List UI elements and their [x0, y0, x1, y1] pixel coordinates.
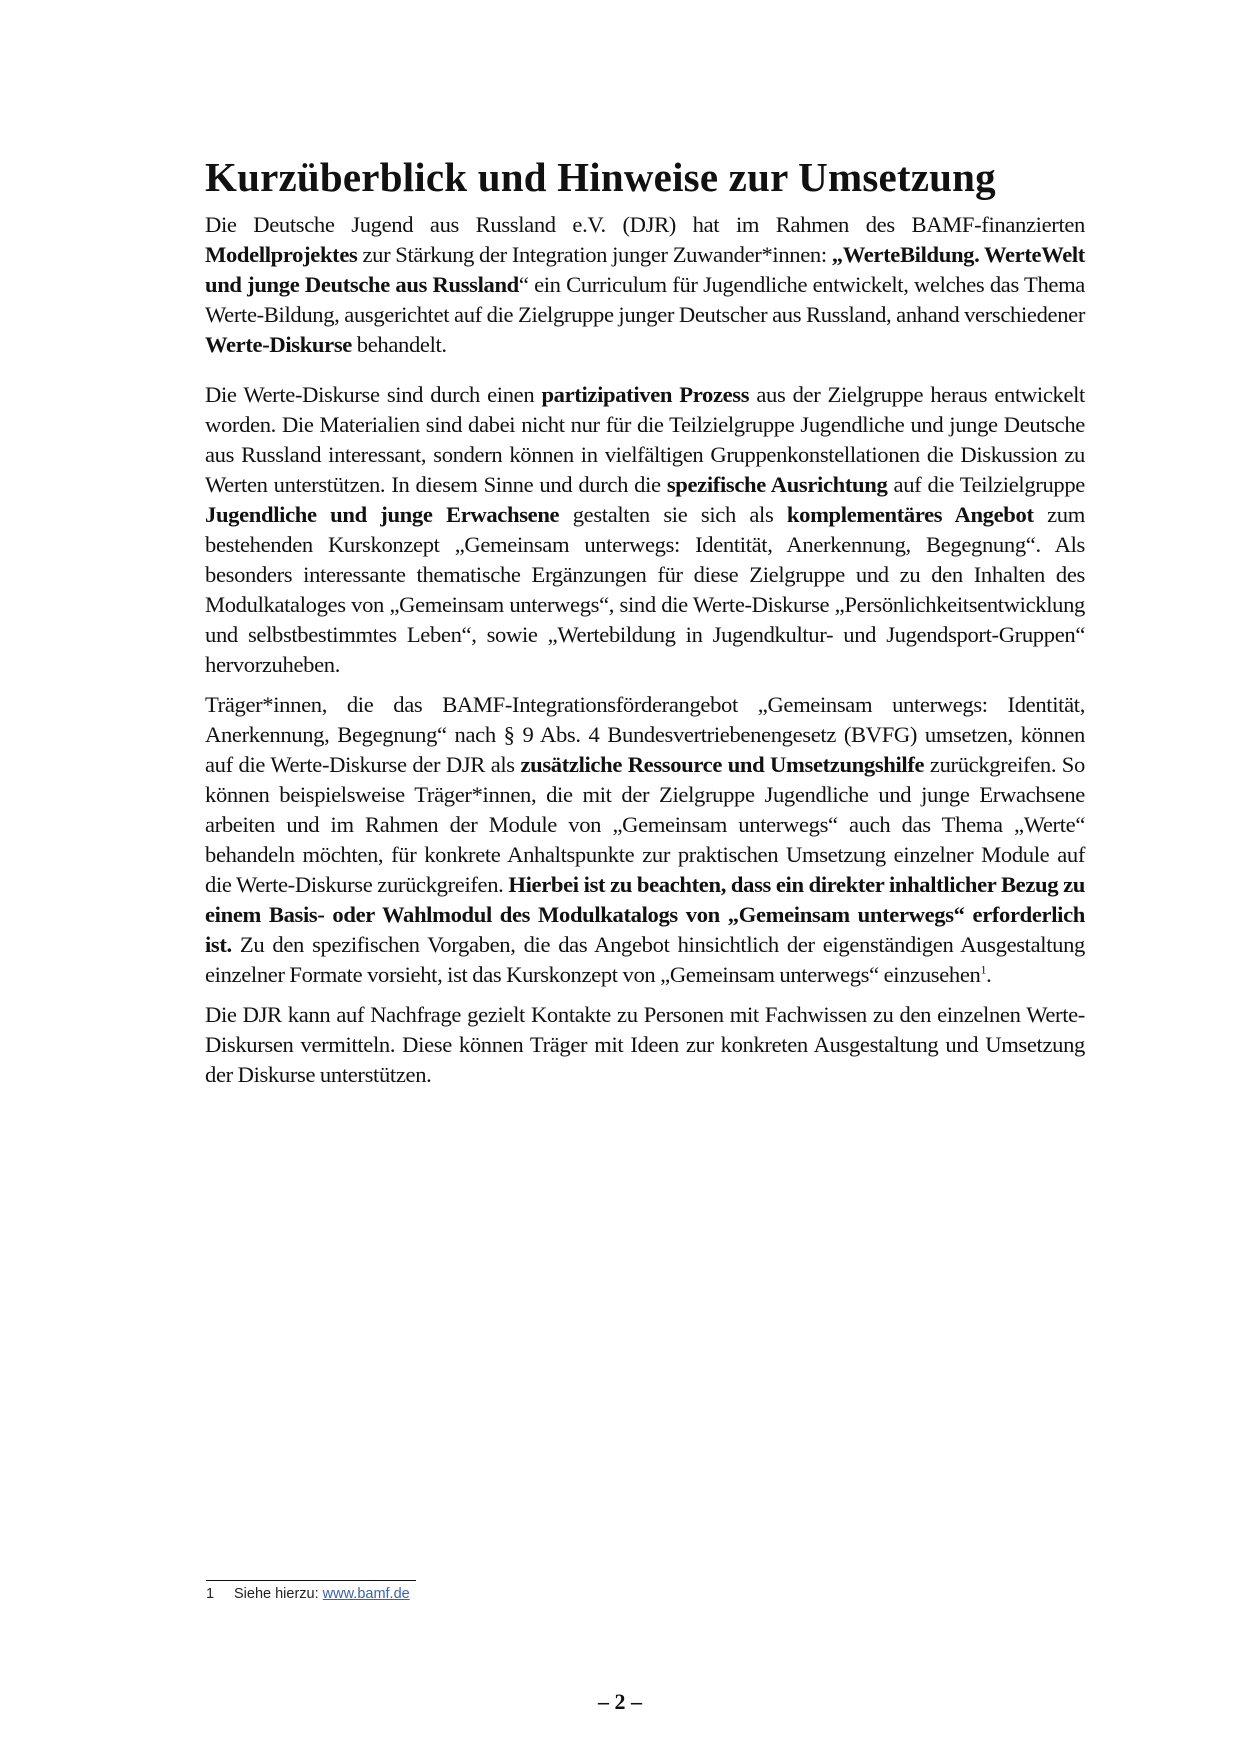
- emphasized-text: spezifische Ausrichtung: [667, 472, 888, 497]
- body-text: Die Deutsche Jugend aus Russland e.V. (D…: [205, 212, 1085, 237]
- body-text: zur Stärkung der Integration junger Zuwa…: [357, 242, 831, 267]
- footnote-number: 1: [206, 1586, 234, 1602]
- body-text: Die Werte-Diskurse sind durch einen: [205, 382, 541, 407]
- body-text: auf die Teilzielgruppe: [887, 472, 1085, 497]
- body-text: Die DJR kann auf Nachfrage gezielt Konta…: [205, 1002, 1085, 1087]
- emphasized-text: partizipativen Prozess: [541, 382, 749, 407]
- paragraph-werte-diskurse: Die Werte-Diskurse sind durch einen part…: [205, 380, 1085, 680]
- body-text: gestalten sie sich als: [559, 502, 787, 527]
- emphasized-text: Werte-Diskurse: [205, 332, 352, 357]
- footnote-divider: [206, 1580, 416, 1581]
- footnote-link-bamf[interactable]: www.bamf.de: [323, 1586, 410, 1602]
- footnote: 1Siehe hierzu: www.bamf.de: [206, 1586, 410, 1602]
- body-text: Zu den spezifischen Vorgaben, die das An…: [205, 932, 1085, 987]
- body-text: zum bestehen­den Kurskonzept „Gemeinsam …: [205, 502, 1085, 677]
- paragraph-djr-kontakte: Die DJR kann auf Nachfrage gezielt Konta…: [205, 1000, 1085, 1090]
- page-title: Kurzüberblick und Hinweise zur Umsetzung: [205, 150, 1085, 204]
- emphasized-text: Modellprojektes: [205, 242, 357, 267]
- footnote-text: Siehe hierzu:: [234, 1586, 323, 1602]
- emphasized-text: komplementäres Angebot: [787, 502, 1034, 527]
- page-content: Kurzüberblick und Hinweise zur Umsetzung…: [205, 150, 1085, 1104]
- page-number: – 2 –: [0, 1689, 1240, 1715]
- paragraph-intro: Die Deutsche Jugend aus Russland e.V. (D…: [205, 210, 1085, 360]
- body-text: behandelt.: [352, 332, 447, 357]
- emphasized-text: zusätzliche Ressour­ce und Umsetzungshil…: [520, 752, 924, 777]
- document-page: Kurzüberblick und Hinweise zur Umsetzung…: [0, 0, 1240, 1753]
- body-text: .: [986, 962, 991, 987]
- emphasized-text: Jugendliche und junge Erwachsene: [205, 502, 559, 527]
- paragraph-traeger: Träger*innen, die das BAMF-Integrationsf…: [205, 690, 1085, 990]
